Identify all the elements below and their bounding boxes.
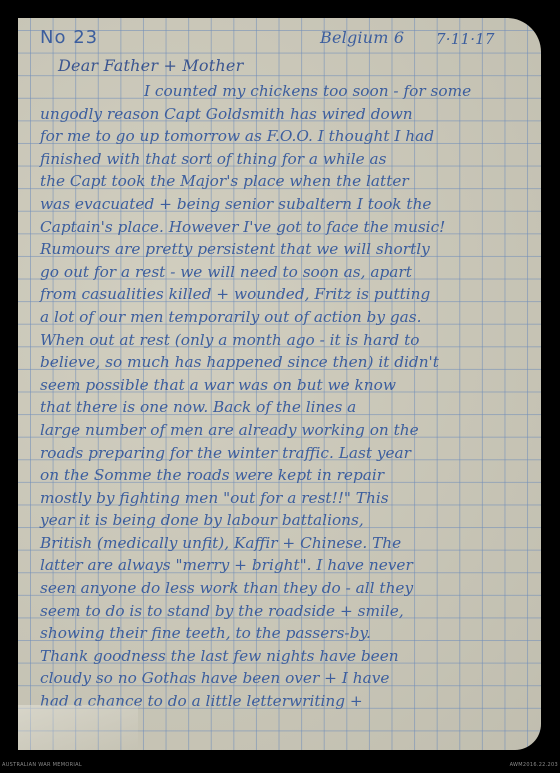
letter-place: Belgium 6	[320, 30, 404, 46]
letter-line: latter are always "merry + bright". I ha…	[40, 554, 540, 577]
letter-line: cloudy so no Gothas have been over + I h…	[40, 667, 540, 690]
footer-accession-number: AWM2016.22.203	[510, 762, 558, 768]
letter-line: roads preparing for the winter traffic. …	[40, 442, 540, 465]
letter-line: the Capt took the Major's place when the…	[40, 170, 540, 193]
letter-line: Captain's place. However I've got to fac…	[40, 216, 540, 239]
letter-line: Thank goodness the last few nights have …	[40, 645, 540, 668]
letter-line: When out at rest (only a month ago - it …	[40, 329, 540, 352]
letter-line: for me to go up tomorrow as F.O.O. I tho…	[40, 125, 540, 148]
letter-line: from casualities killed + wounded, Fritz…	[40, 283, 540, 306]
letter-line: a lot of our men temporarily out of acti…	[40, 306, 540, 329]
letter-line: showing their fine teeth, to the passers…	[40, 622, 540, 645]
letter-line: British (medically unfit), Kaffir + Chin…	[40, 532, 540, 555]
letter-page: No 23 Belgium 6 7·11·17 Dear Father + Mo…	[18, 18, 541, 750]
letter-line: mostly by fighting men "out for a rest!!…	[40, 487, 540, 510]
letter-line: I counted my chickens too soon - for som…	[40, 80, 540, 103]
letter-body: I counted my chickens too soon - for som…	[40, 80, 540, 713]
letter-line: was evacuated + being senior subaltern I…	[40, 193, 540, 216]
letter-line: seem to do is to stand by the roadside +…	[40, 600, 540, 623]
letter-line: seen anyone do less work than they do - …	[40, 577, 540, 600]
letter-line: had a chance to do a little letterwritin…	[40, 690, 540, 713]
letter-line: Rumours are pretty persistent that we wi…	[40, 238, 540, 261]
letter-date: 7·11·17	[436, 32, 495, 47]
letter-line: on the Somme the roads were kept in repa…	[40, 464, 540, 487]
letter-greeting: Dear Father + Mother	[58, 58, 243, 74]
letter-number: No 23	[40, 29, 98, 47]
letter-line: seem possible that a war was on but we k…	[40, 374, 540, 397]
letter-line: large number of men are already working …	[40, 419, 540, 442]
letter-line: ungodly reason Capt Goldsmith has wired …	[40, 103, 540, 126]
letter-line: finished with that sort of thing for a w…	[40, 148, 540, 171]
letter-line: go out for a rest - we will need to soon…	[40, 261, 540, 284]
footer-credit: Australian War Memorial	[2, 762, 82, 768]
letter-line: year it is being done by labour battalio…	[40, 509, 540, 532]
letter-line: that there is one now. Back of the lines…	[40, 396, 540, 419]
letter-line: believe, so much has happened since then…	[40, 351, 540, 374]
